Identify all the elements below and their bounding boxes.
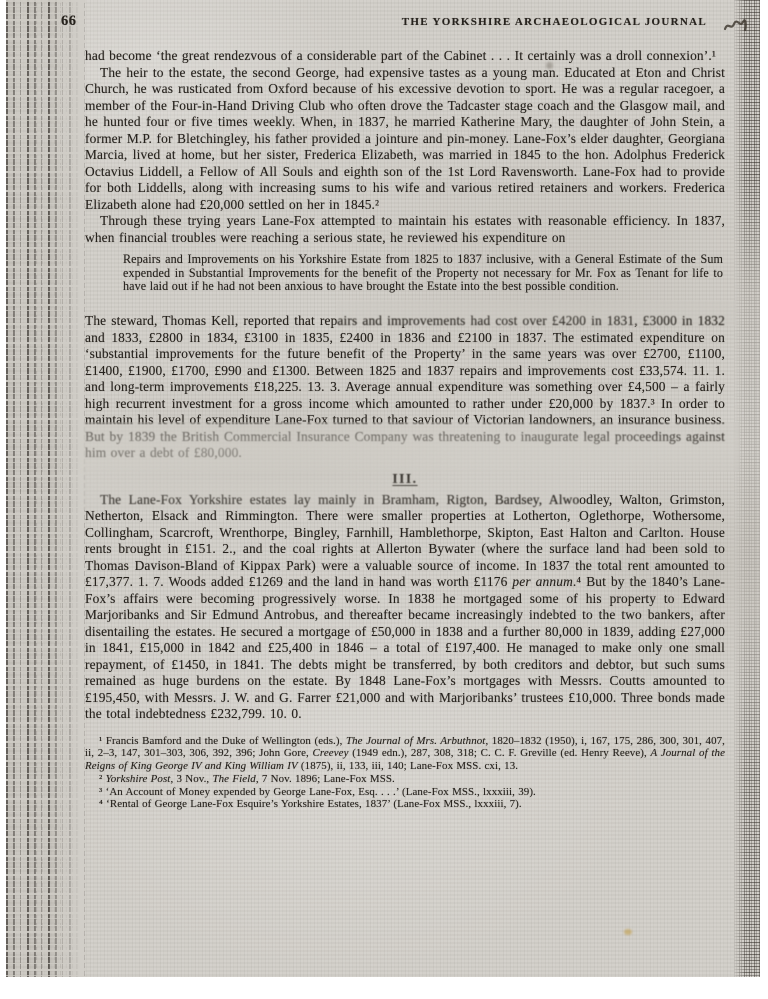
page-scan: 66 THE YORKSHIRE ARCHAEOLOGICAL JOURNAL … (6, 0, 760, 977)
page-number: 66 (61, 13, 77, 30)
footnotes-block: ¹ Francis Bamford and the Duke of Wellin… (85, 735, 725, 812)
paragraph-estates: The Lane-Fox Yorkshire estates lay mainl… (85, 492, 725, 723)
footnote-4: ⁴ ‘Rental of George Lane-Fox Esquire’s Y… (85, 798, 725, 811)
binding-edge-texture (6, 0, 84, 977)
paper-stain-spot (624, 929, 632, 935)
section-heading: III. (85, 471, 725, 487)
right-scan-edge-texture (734, 0, 760, 977)
section-heading-label: III. (392, 471, 417, 486)
paragraph-steward: The steward, Thomas Kell, reported that … (85, 313, 725, 462)
paragraph-heir: The heir to the estate, the second Georg… (85, 65, 725, 214)
ink-squiggle-mark (722, 16, 748, 38)
footnote-2: ² Yorkshire Post, 3 Nov., The Field, 7 N… (85, 773, 725, 786)
paper-smudge-spot (546, 62, 553, 69)
footnote-1: ¹ Francis Bamford and the Duke of Wellin… (85, 735, 725, 773)
footnote-3: ³ ‘An Account of Money expended by Georg… (85, 786, 725, 799)
blockquote-repairs-estimate: Repairs and Improvements on his Yorkshir… (123, 253, 725, 306)
journal-title: THE YORKSHIRE ARCHAEOLOGICAL JOURNAL (402, 16, 707, 28)
running-header: 66 THE YORKSHIRE ARCHAEOLOGICAL JOURNAL (61, 13, 725, 30)
paragraph-trying-years: Through these trying years Lane-Fox atte… (85, 213, 725, 246)
text-column: 66 THE YORKSHIRE ARCHAEOLOGICAL JOURNAL … (85, 0, 725, 811)
paragraph-intro: had become ‘the great rendezvous of a co… (85, 48, 725, 65)
